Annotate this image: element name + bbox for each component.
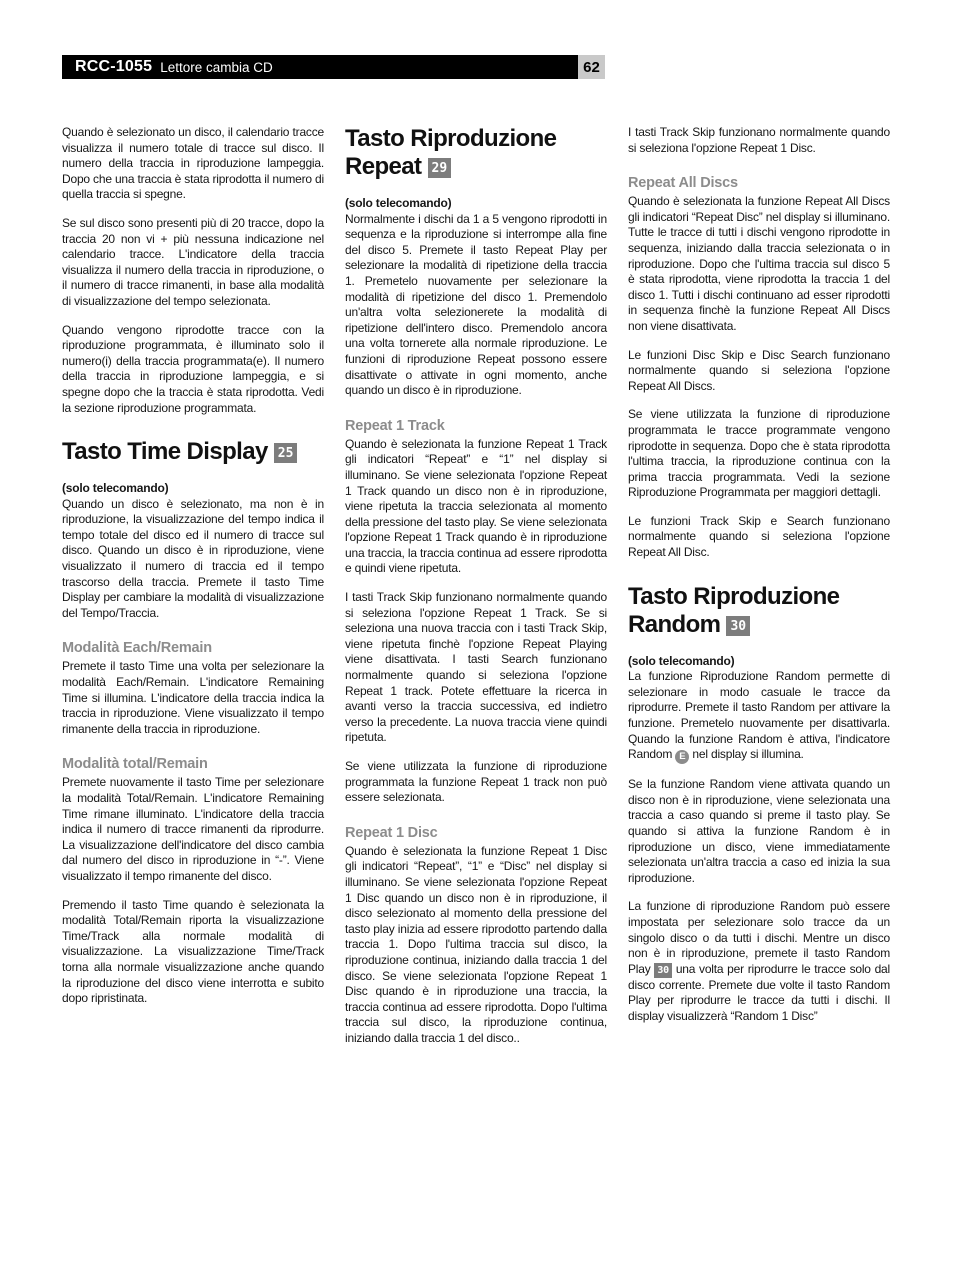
paragraph: Premendo il tasto Time quando è selezion… <box>62 898 324 1007</box>
header-bar: RCC-1055 Lettore cambia CD <box>62 55 578 79</box>
paragraph: Quando è selezionato un disco, il calend… <box>62 125 324 203</box>
paragraph: La funzione di riproduzione Random può e… <box>628 899 890 1024</box>
paragraph: I tasti Track Skip funzionano normalment… <box>628 125 890 156</box>
inline-ref-badge: 30 <box>654 963 672 978</box>
paragraph: Normalmente i dischi da 1 a 5 vengono ri… <box>345 212 607 399</box>
paragraph: Se viene utilizzata la funzione di ripro… <box>628 407 890 501</box>
paragraph: La funzione Riproduzione Random permette… <box>628 669 890 764</box>
paragraph: Le funzioni Track Skip e Search funziona… <box>628 514 890 561</box>
column-2: Tasto Riproduzione Repeat 29(solo teleco… <box>345 125 607 1060</box>
paragraph: Premete nuovamente il tasto Time per sel… <box>62 775 324 884</box>
paragraph: Quando è selezionata la funzione Repeat … <box>345 437 607 577</box>
remote-only-label: (solo telecomando) <box>62 481 324 497</box>
remote-only-label: (solo telecomando) <box>628 654 890 670</box>
paragraph: Le funzioni Disc Skip e Disc Search funz… <box>628 348 890 395</box>
subsection-heading: Modalità Each/Remain <box>62 640 324 656</box>
text-columns: Quando è selezionato un disco, il calend… <box>62 125 890 1060</box>
paragraph: Se la funzione Random viene attivata qua… <box>628 777 890 886</box>
column-1: Quando è selezionato un disco, il calend… <box>62 125 324 1060</box>
paragraph: Quando è selezionata la funzione Repeat … <box>345 844 607 1047</box>
section-heading: Tasto Riproduzione Random 30 <box>628 583 890 639</box>
subsection-heading: Repeat All Discs <box>628 175 890 191</box>
section-number-badge: 30 <box>726 616 750 636</box>
paragraph: Se viene utilizzata la funzione di ripro… <box>345 759 607 806</box>
section-heading: Tasto Time Display 25 <box>62 438 324 466</box>
remote-only-label: (solo telecomando) <box>345 196 607 212</box>
paragraph: Premete il tasto Time una volta per sele… <box>62 659 324 737</box>
random-indicator-icon: E <box>675 750 689 764</box>
section-number-badge: 25 <box>274 443 298 463</box>
subsection-heading: Repeat 1 Disc <box>345 825 607 841</box>
paragraph: Quando è selezionata la funzione Repeat … <box>628 194 890 334</box>
section-number-badge: 29 <box>428 158 452 178</box>
subsection-heading: Repeat 1 Track <box>345 418 607 434</box>
subsection-heading: Modalità total/Remain <box>62 756 324 772</box>
paragraph: Quando un disco è selezionato, ma non è … <box>62 497 324 622</box>
section-heading: Tasto Riproduzione Repeat 29 <box>345 125 607 181</box>
paragraph: Se sul disco sono presenti più di 20 tra… <box>62 216 324 310</box>
page-header: RCC-1055 Lettore cambia CD 62 <box>62 55 605 79</box>
model-name: RCC-1055 <box>75 58 152 76</box>
header-subtitle: Lettore cambia CD <box>160 60 273 75</box>
manual-page: RCC-1055 Lettore cambia CD 62 Quando è s… <box>0 0 954 1272</box>
paragraph: I tasti Track Skip funzionano normalment… <box>345 590 607 746</box>
page-number: 62 <box>578 55 605 79</box>
column-3: I tasti Track Skip funzionano normalment… <box>628 125 890 1060</box>
paragraph: Quando vengono riprodotte tracce con la … <box>62 323 324 417</box>
